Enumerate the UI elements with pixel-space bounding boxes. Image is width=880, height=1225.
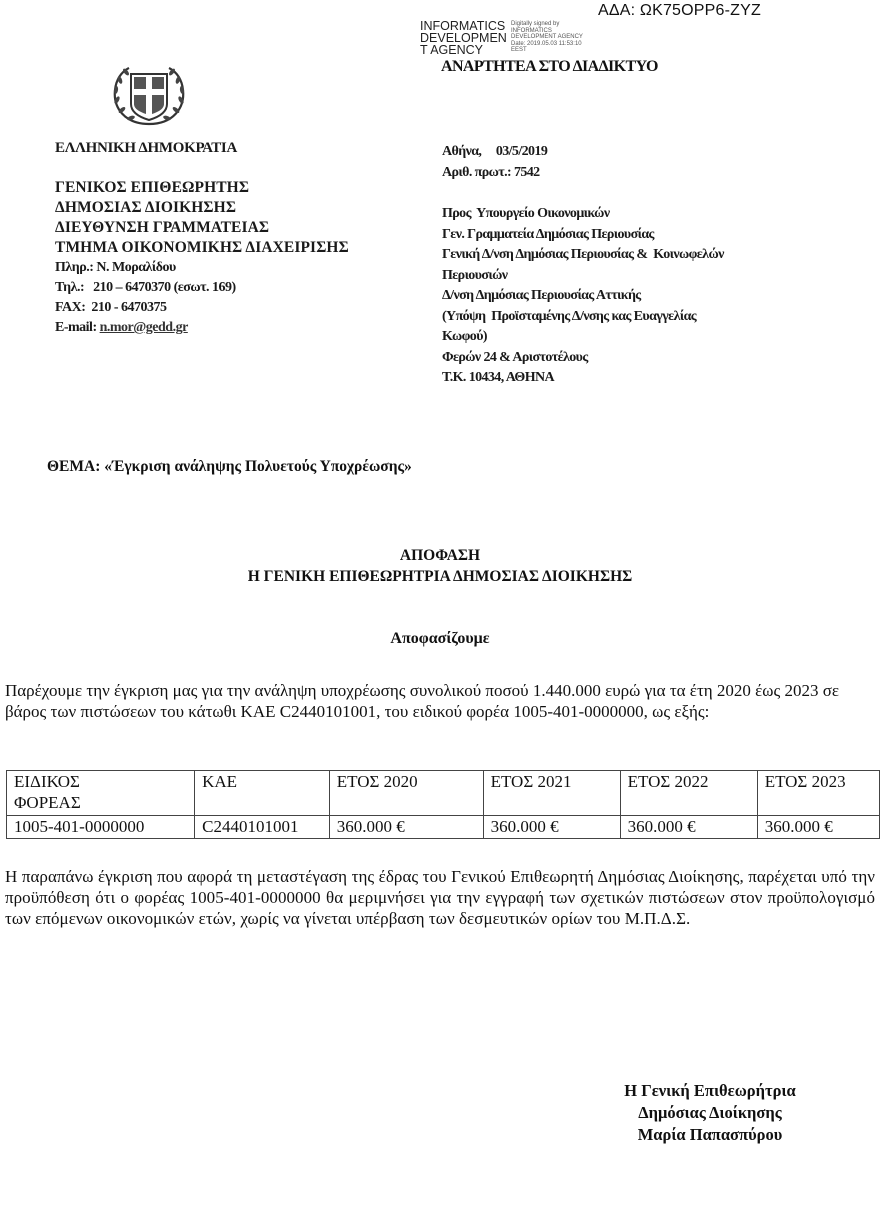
recipient-line: Τ.Κ. 10434, ΑΘΗΝΑ [442,368,724,389]
approval-paragraph: Παρέχουμε την έγκριση μας για την ανάληψ… [5,680,875,722]
recipient-line: Γενική Δ/νση Δημόσιας Περιουσίας & Κοινω… [442,245,724,266]
recipient-line: (Υπόψη Προϊσταμένης Δ/νσης κας Ευαγγελία… [442,307,724,328]
table-header-row: ΕΙΔΙΚΟΣ ΦΟΡΕΑΣ ΚΑΕ ΕΤΟΣ 2020 ΕΤΟΣ 2021 Ε… [7,771,880,816]
header-cell: ΕΙΔΙΚΟΣ ΦΟΡΕΑΣ [7,771,195,816]
table-cell: 360.000 € [620,816,757,839]
recipient-line: Δ/νση Δημόσιας Περιουσίας Αττικής [442,286,724,307]
subject-line: ΘΕΜΑ: «Έγκριση ανάληψης Πολυετούς Υποχρέ… [47,458,412,476]
recipient-line: Γεν. Γραμματεία Δημόσιας Περιουσίας [442,225,724,246]
decision-header: ΑΠΟΦΑΣΗ Η ΓΕΝΙΚΗ ΕΠΙΘΕΩΡΗΤΡΙΑ ΔΗΜΟΣΙΑΣ Δ… [0,545,880,587]
table-cell: 360.000 € [757,816,879,839]
signature-detail-line: Digitally signed by [511,21,583,28]
signatory-title: Δημόσιας Διοίκησης [520,1102,880,1124]
condition-paragraph: Η παραπάνω έγκριση που αφορά τη μεταστέγ… [5,866,875,929]
header-cell: ΕΤΟΣ 2023 [757,771,879,816]
commitment-table: ΕΙΔΙΚΟΣ ΦΟΡΕΑΣ ΚΑΕ ΕΤΟΣ 2020 ΕΤΟΣ 2021 Ε… [6,770,880,839]
recipient-line: Φερών 24 & Αριστοτέλους [442,348,724,369]
recipient-block: Αθήνα, 03/5/2019 Αριθ. πρωτ.: 7542 Προς … [442,142,724,389]
email-label: E-mail: [55,320,100,335]
decision-title: ΑΠΟΦΑΣΗ [0,545,880,566]
fax-number: FAX: 210 - 6470375 [55,298,349,318]
posted-online-label: ΑΝΑΡΤΗΤΕΑ ΣΤΟ ΔΙΑΔΙΚΤΥΟ [441,58,658,76]
decision-authority: Η ΓΕΝΙΚΗ ΕΠΙΘΕΩΡΗΤΡΙΑ ΔΗΜΟΣΙΑΣ ΔΙΟΙΚΗΣΗΣ [0,566,880,587]
signer-line: T AGENCY [420,44,507,56]
recipient-line: Προς Υπουργείο Οικονομικών [442,204,724,225]
table-cell: 1005-401-0000000 [7,816,195,839]
digital-signature-signer: INFORMATICS DEVELOPMEN T AGENCY [420,20,507,56]
department-line: ΓΕΝΙΚΟΣ ΕΠΙΘΕΩΡΗΤΗΣ [55,178,349,198]
table-row: 1005-401-0000000 C2440101001 360.000 € 3… [7,816,880,839]
phone-number: Τηλ.: 210 – 6470370 (εσωτ. 169) [55,278,349,298]
signature-block: Η Γενική Επιθεωρήτρια Δημόσιας Διοίκησης… [520,1080,880,1146]
signature-detail-line: DEVELOPMENT AGENCY [511,34,583,41]
ada-code: ΑΔΑ: ΩΚ75ΟΡΡ6-ΖΥΖ [598,2,761,20]
signature-detail-line: INFORMATICS [511,28,583,35]
decide-heading: Αποφασίζουμε [0,630,880,648]
signatory-name: Μαρία Παπασπύρου [520,1124,880,1146]
signature-detail-line: Date: 2019.05.03 11:53:10 [511,41,583,48]
place-date: Αθήνα, 03/5/2019 [442,142,724,163]
signatory-title: Η Γενική Επιθεωρήτρια [520,1080,880,1102]
header-cell: ΚΑΕ [195,771,330,816]
state-name: ΕΛΛΗΝΙΚΗ ΔΗΜΟΚΡΑΤΙΑ [55,140,349,178]
department-line: ΔΗΜΟΣΙΑΣ ΔΙΟΙΚΗΣΗΣ [55,198,349,218]
header-cell: ΕΤΟΣ 2022 [620,771,757,816]
contact-person: Πληρ.: Ν. Μοραλίδου [55,258,349,278]
header-text: ΕΙΔΙΚΟΣ ΦΟΡΕΑΣ [14,771,124,813]
recipient-line: Κωφού) [442,327,724,348]
sender-block: ΕΛΛΗΝΙΚΗ ΔΗΜΟΚΡΑΤΙΑ ΓΕΝΙΚΟΣ ΕΠΙΘΕΩΡΗΤΗΣ … [55,140,349,338]
recipient-line: Περιουσιών [442,266,724,287]
email-link[interactable]: n.mor@gedd.gr [100,320,188,335]
header-cell: ΕΤΟΣ 2021 [483,771,620,816]
header-cell: ΕΤΟΣ 2020 [329,771,483,816]
digital-signature-details: Digitally signed by INFORMATICS DEVELOPM… [511,21,583,54]
table-cell: 360.000 € [483,816,620,839]
signature-detail-line: EEST [511,47,583,54]
department-line: ΤΜΗΜΑ ΟΙΚΟΝΟΜΙΚΗΣ ΔΙΑΧΕΙΡΙΣΗΣ [55,238,349,258]
department-line: ΔΙΕΥΘΥΝΣΗ ΓΡΑΜΜΑΤΕΙΑΣ [55,218,349,238]
protocol-number: Αριθ. πρωτ.: 7542 [442,163,724,184]
email-line: E-mail: n.mor@gedd.gr [55,318,349,338]
greek-coat-of-arms-icon [107,64,191,128]
table-cell: C2440101001 [195,816,330,839]
table-cell: 360.000 € [329,816,483,839]
